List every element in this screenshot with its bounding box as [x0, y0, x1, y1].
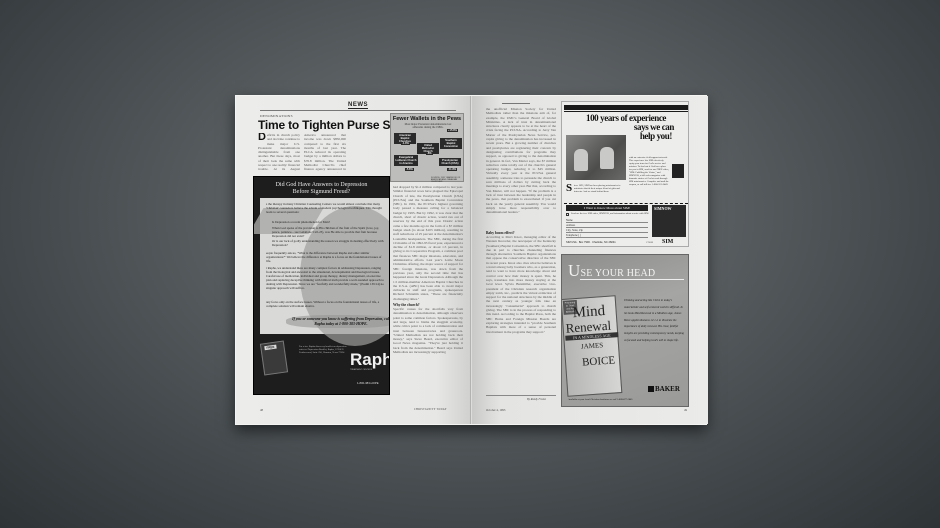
rapha-advertisement: Did God Have Answers to Depression Befor… [253, 176, 390, 395]
sim-logo: SIM [662, 239, 673, 245]
simnow-video-image: SIMNOW [652, 205, 686, 237]
sim-checkbox-label: Send me the free SIM video, SIMNOW, and … [571, 212, 649, 215]
sim-coupon-header: I Want to Know More about SIM! [566, 205, 648, 211]
sim-mailing-address: SIM USA · Box 7900 · Charlotte, NC 28241 [566, 241, 616, 244]
left-page: NEWS DENOMINATIONS Time to Tighten Purse… [236, 96, 472, 424]
baker-body-text: Thinking and acting like Christ in today… [624, 297, 684, 343]
rapha-logo-subtitle: TREATMENT CENTERS [350, 369, 390, 371]
rapha-para-2: eople frequently ask us, "What is the di… [266, 251, 386, 263]
rapha-logo: Rapha [350, 350, 390, 370]
baker-logo-icon [648, 386, 654, 392]
mind-renewal-book-cover: Preparing to Think and Act Biblically Mi… [561, 295, 622, 397]
baker-headline: USE YOUR HEAD [568, 261, 655, 281]
sim-dropcap: S [566, 182, 572, 194]
rapha-phone: 1-800-383-HOPE [357, 381, 379, 385]
rapha-bullet-1: Is Depression a recent phenomenon for Ma… [272, 220, 384, 224]
chart-value-abc: -1.0% [401, 142, 410, 145]
rapha-booklet-image: FREE [260, 340, 288, 375]
chart-value-pcusa: -11.8% [447, 168, 457, 171]
issue-date-footer: October 4, 1993 [486, 408, 505, 412]
coupon-cut-line [564, 203, 688, 204]
sim-emblem-icon [672, 164, 684, 178]
chart-value-sbc: +15.8% [447, 129, 458, 132]
rapha-para-4: any focus only on the surface issues. Wi… [266, 300, 386, 308]
rapha-ad-panel: s the therapy in many Christian Counseli… [260, 198, 390, 334]
article-column-4: the unofficial Mission Society for Unite… [486, 107, 556, 230]
rapha-ad-title: Did God Have Answers to Depression Befor… [254, 182, 389, 196]
rapha-call-to-action: If you or someone you know is suffering … [286, 315, 390, 328]
column-rule [502, 103, 530, 104]
coupon-address-field[interactable]: Address [566, 224, 648, 228]
baker-logo: BAKER [648, 385, 680, 393]
rapha-bullet-2: When God spoke of the provision to His c… [272, 226, 384, 238]
sim-intro-text: ince 1893, SIM has been placing missiona… [574, 184, 628, 193]
chart-value-umc: -6% [426, 152, 433, 155]
chart-value-elca: -5.8% [405, 168, 414, 171]
coupon-telephone-field[interactable]: Telephone ( ) [566, 234, 648, 238]
rapha-para-3: t Rapha, we understand there are many co… [266, 266, 386, 290]
chart-item-sbc: Southern Baptist Convention [440, 138, 462, 149]
chart-fewer-wallets: Fewer Wallets in the Pews Most major Pro… [390, 113, 464, 182]
article-column-2: America announced that income was down $… [304, 133, 346, 173]
article-column-1: Deficits in church policy and doctrine c… [258, 133, 300, 173]
rapha-booklet-offer: For a free Rapha discovery booklet on de… [299, 345, 349, 354]
photo-person-1 [574, 149, 588, 171]
drop-cap: D [258, 133, 266, 142]
magazine-name-footer: CHRISTIANITY TODAY [414, 408, 447, 411]
sim-checkbox[interactable] [566, 213, 569, 216]
sim-coupon-code: CT1093 [646, 242, 653, 244]
header-rule [260, 110, 456, 111]
sim-top-rule [564, 111, 688, 112]
rapha-intro: s the therapy in many Christian Counseli… [266, 202, 386, 214]
sim-advertisement: 100 years of experience says we can help… [561, 101, 689, 247]
coupon-city-field[interactable]: City, State, Zip [566, 229, 648, 233]
article-column-4b: Baby boom effect? According to Marv Knox… [486, 231, 556, 393]
magazine-spread: NEWS DENOMINATIONS Time to Tighten Purse… [235, 95, 707, 425]
photo-person-2 [600, 147, 614, 169]
chart-item-pcusa: Presbyterian Church (USA) [439, 158, 461, 166]
article-column-3: had dropped by $1.2 million compared to … [393, 185, 463, 371]
right-page: the unofficial Mission Society for Unite… [472, 96, 708, 424]
chart-title: Fewer Wallets in the Pews [391, 116, 463, 122]
baker-footer: Available at your local Christian bookst… [568, 398, 632, 401]
sim-top-bar [564, 105, 688, 110]
article-end-rule [486, 395, 556, 396]
chart-source: SOURCE: 1991 YEARBOOK OF AMERICAN AND CA… [431, 177, 463, 183]
baker-headline-rule [580, 279, 684, 280]
sim-body-text: with an extensive field support network.… [629, 156, 669, 186]
article-byline: By Randy Frame [527, 398, 546, 401]
page-number-left: 48 [260, 408, 263, 412]
chart-item-elca: Evangelical Lutheran Church in America [394, 155, 418, 166]
coupon-name-field[interactable]: Name [566, 219, 648, 223]
missionaries-photo [566, 135, 626, 180]
page-number-right: 49 [684, 408, 687, 412]
baker-advertisement: USE YOUR HEAD Preparing to Think and Act… [561, 254, 689, 407]
rapha-bullet-3: Or is our lack of godly understanding th… [272, 239, 384, 247]
section-header: NEWS [348, 102, 368, 109]
